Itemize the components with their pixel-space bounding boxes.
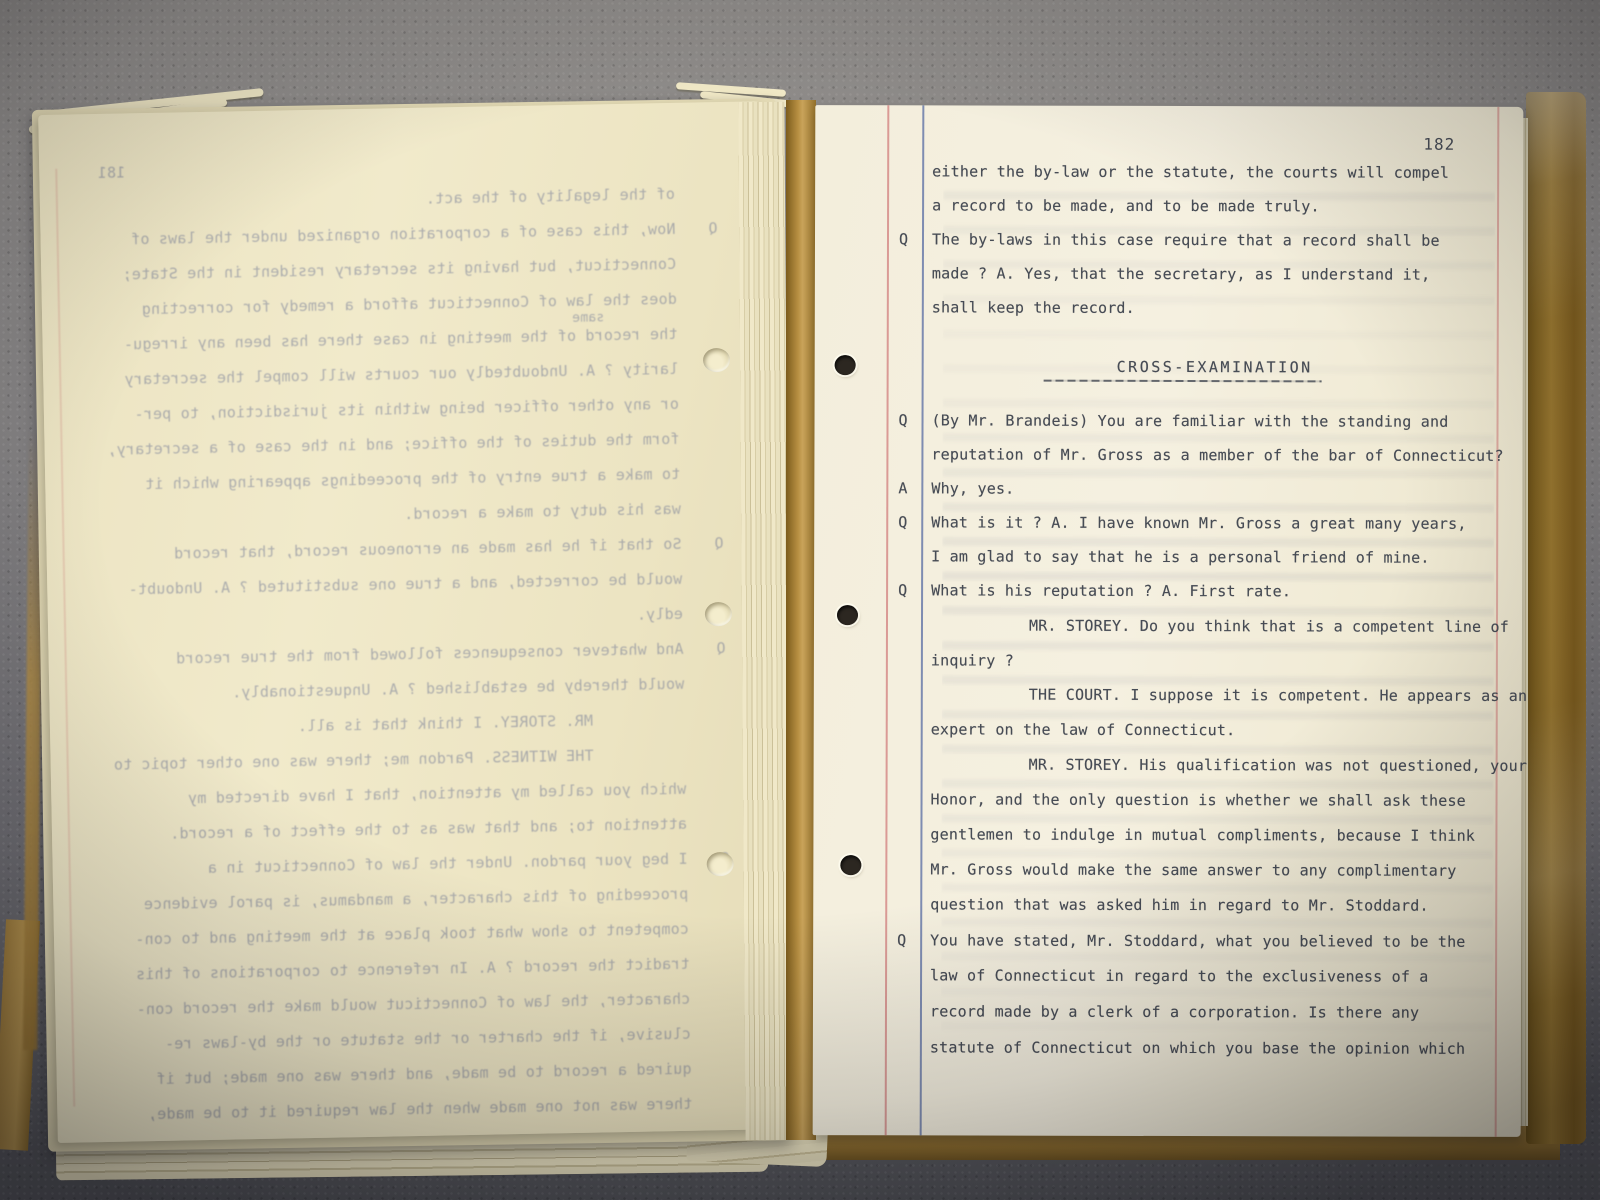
typed-line: Connecticut, but having its secretary re… bbox=[101, 255, 676, 284]
typed-line: made ? A. Yes, that the secretary, as I … bbox=[932, 264, 1502, 283]
typed-line: clusive, if the charter or the statute o… bbox=[116, 1025, 691, 1054]
typed-line: Honor, and the only question is whether … bbox=[931, 790, 1501, 809]
qa-marker: Q bbox=[898, 513, 907, 531]
margin-rule-red bbox=[55, 169, 75, 1107]
page-number: 181 bbox=[97, 163, 125, 182]
typed-line: question that was asked him in regard to… bbox=[930, 895, 1500, 914]
typed-line: MR. STOREY. Do you think that is a compe… bbox=[931, 616, 1501, 635]
typed-line: QThe by-laws in this case require that a… bbox=[932, 230, 1502, 249]
page-edges-near-spine bbox=[738, 102, 791, 1140]
qa-marker: Q bbox=[899, 230, 908, 248]
typed-line: either the by-law or the statute, the co… bbox=[932, 162, 1502, 181]
typed-line: I am glad to say that he is a personal f… bbox=[931, 547, 1501, 566]
typed-line: QWhat is it ? A. I have known Mr. Gross … bbox=[931, 513, 1501, 532]
typed-line: Q(By Mr. Brandeis) You are familiar with… bbox=[932, 411, 1502, 430]
typed-line: would be corrected, and a true one subst… bbox=[107, 570, 682, 599]
binding-tape-strip bbox=[1526, 92, 1586, 1144]
typed-line: AWhy, yes. bbox=[931, 479, 1501, 498]
section-heading: CROSS-EXAMINATION bbox=[932, 357, 1498, 376]
qa-marker: Q bbox=[899, 411, 908, 429]
margin-rule-blue bbox=[920, 105, 925, 1135]
typed-line: to make a true entry of the proceedings … bbox=[105, 465, 680, 494]
right-page-recto[interactable]: 182 either the by-law or the statute, th… bbox=[813, 105, 1524, 1137]
typed-line: the record of the meeting in case there … bbox=[102, 325, 677, 354]
qa-marker: Q bbox=[708, 219, 718, 237]
qa-marker: Q bbox=[716, 639, 726, 657]
mirrored-bleedthrough-text: 181 same of the legality of the act. QNo… bbox=[38, 101, 788, 1143]
typed-line: QNow, this case of a corporation organiz… bbox=[100, 220, 675, 249]
typed-line: QSo that if he has made an erroneous rec… bbox=[106, 535, 681, 564]
typed-line: Mr. Gross would make the same answer to … bbox=[930, 860, 1500, 879]
typed-line: a record to be made, and to be made trul… bbox=[932, 196, 1502, 215]
typed-line: competent to show what took place at the… bbox=[114, 920, 689, 949]
typed-line: quired a record to be made, and there wa… bbox=[117, 1060, 692, 1089]
typed-line: reputation of Mr. Gross as a member of t… bbox=[931, 445, 1501, 464]
typed-line: expert on the law of Connecticut. bbox=[931, 720, 1501, 739]
punch-hole bbox=[835, 355, 856, 375]
typed-line: tradict the record ? A. In reference to … bbox=[115, 955, 690, 984]
typed-line: shall keep the record. bbox=[932, 298, 1502, 317]
qa-marker: Q bbox=[897, 931, 906, 949]
typed-line: form the duties of the office; and in th… bbox=[104, 430, 679, 459]
typed-line: larity ? A. Undoubtedly our courts will … bbox=[103, 360, 678, 389]
interlined-correction: same bbox=[572, 310, 604, 326]
typed-line: record made by a clerk of a corporation.… bbox=[930, 1002, 1500, 1021]
typed-line: character, the law of Connecticut would … bbox=[115, 990, 690, 1019]
typed-line: attention to; and that was as to the eff… bbox=[112, 815, 687, 844]
qa-marker: Q bbox=[714, 534, 724, 552]
typed-line: QYou have stated, Mr. Stoddard, what you… bbox=[930, 931, 1500, 950]
typed-line: was his duty to make a record. bbox=[106, 500, 681, 529]
typed-line: proceeding of this character, a mandamus… bbox=[113, 885, 688, 914]
punch-hole bbox=[840, 855, 861, 875]
typed-line: MR. STOREY. I think that is all. bbox=[110, 710, 685, 739]
margin-rule-red-left bbox=[885, 105, 890, 1135]
typed-line: would thereby be established ? A. Unques… bbox=[109, 675, 684, 704]
punch-hole bbox=[837, 605, 858, 625]
typed-line: QAnd whatever consequences followed from… bbox=[108, 640, 683, 669]
typed-line: of the legality of the act. bbox=[100, 185, 675, 214]
qa-marker: Q bbox=[898, 581, 907, 599]
typed-line: gentlemen to indulge in mutual complimen… bbox=[930, 825, 1500, 844]
typed-line: law of Connecticut in regard to the excl… bbox=[930, 966, 1500, 985]
typed-line: MR. STOREY. His qualification was not qu… bbox=[931, 755, 1501, 774]
typed-line: edly. bbox=[108, 605, 683, 634]
typed-line: there was not one made when the law requ… bbox=[117, 1095, 692, 1124]
qa-marker: A bbox=[898, 479, 907, 497]
typed-line: or any other officer being within its ju… bbox=[104, 395, 679, 424]
left-page-verso[interactable]: 181 same of the legality of the act. QNo… bbox=[38, 101, 788, 1143]
typed-line: inquiry ? bbox=[931, 651, 1501, 670]
typed-line: QI beg your pardon. Under the law of Con… bbox=[113, 850, 688, 879]
typed-line: THE COURT. I suppose it is competent. He… bbox=[931, 685, 1501, 704]
typed-line: THE WITNESS. Pardon me; there was one ot… bbox=[111, 745, 686, 774]
binder-spine-fold bbox=[786, 100, 816, 1140]
page-number: 182 bbox=[1423, 135, 1455, 154]
typed-line: QWhat is his reputation ? A. First rate. bbox=[931, 581, 1501, 600]
typed-line: statute of Connecticut on which you base… bbox=[930, 1038, 1500, 1057]
typed-line: which you called my attention, that I ha… bbox=[111, 780, 686, 809]
